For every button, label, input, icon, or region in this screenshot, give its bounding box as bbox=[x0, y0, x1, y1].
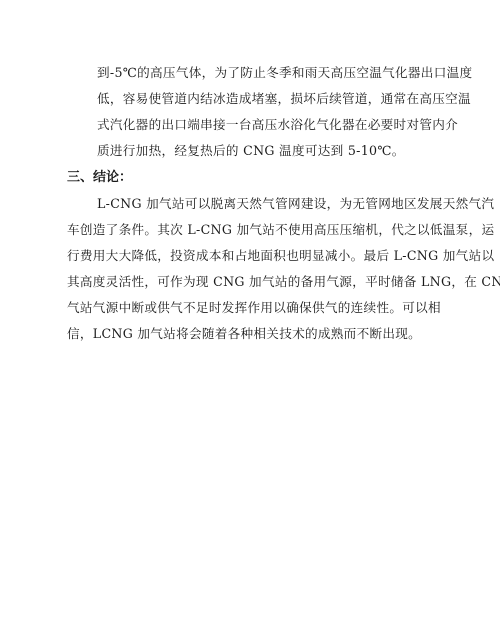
paragraph-line: 行费用大大降低，投资成本和占地面积也明显减小。最后 L-CNG 加气站以 bbox=[67, 248, 403, 264]
paragraph-line: 式汽化器的出口端串接一台高压水浴化气化器在必要时对管内介 bbox=[97, 117, 403, 133]
section-heading-conclusion: 三、结论： bbox=[67, 170, 132, 186]
paragraph-line: 气站气源中断或供气不足时发挥作用以确保供气的连续性。可以相 bbox=[67, 300, 403, 316]
paragraph-line: 信，LCNG 加气站将会随着各种相关技术的成熟而不断出现。 bbox=[67, 326, 421, 342]
document-page: 到-5℃的高压气体，为了防止冬季和雨天高压空温气化器出口温度 低，容易使管道内结… bbox=[0, 0, 500, 636]
paragraph-line: 其高度灵活性，可作为现 CNG 加气站的备用气源，平时储备 LNG，在 CNG … bbox=[67, 274, 403, 290]
paragraph-line: 低，容易使管道内结冰造成堵塞，损坏后续管道，通常在高压空温 bbox=[97, 91, 403, 107]
paragraph-line: 车创造了条件。其次 L-CNG 加气站不使用高压压缩机，代之以低温泵，运 bbox=[67, 222, 403, 238]
paragraph-line: 质进行加热，经复热后的 CNG 温度可达到 5-10℃。 bbox=[97, 143, 405, 159]
paragraph-line: 到-5℃的高压气体，为了防止冬季和雨天高压空温气化器出口温度 bbox=[97, 65, 403, 81]
paragraph-line: L-CNG 加气站可以脱离天然气管网建设，为无管网地区发展天然气汽 bbox=[97, 196, 403, 212]
